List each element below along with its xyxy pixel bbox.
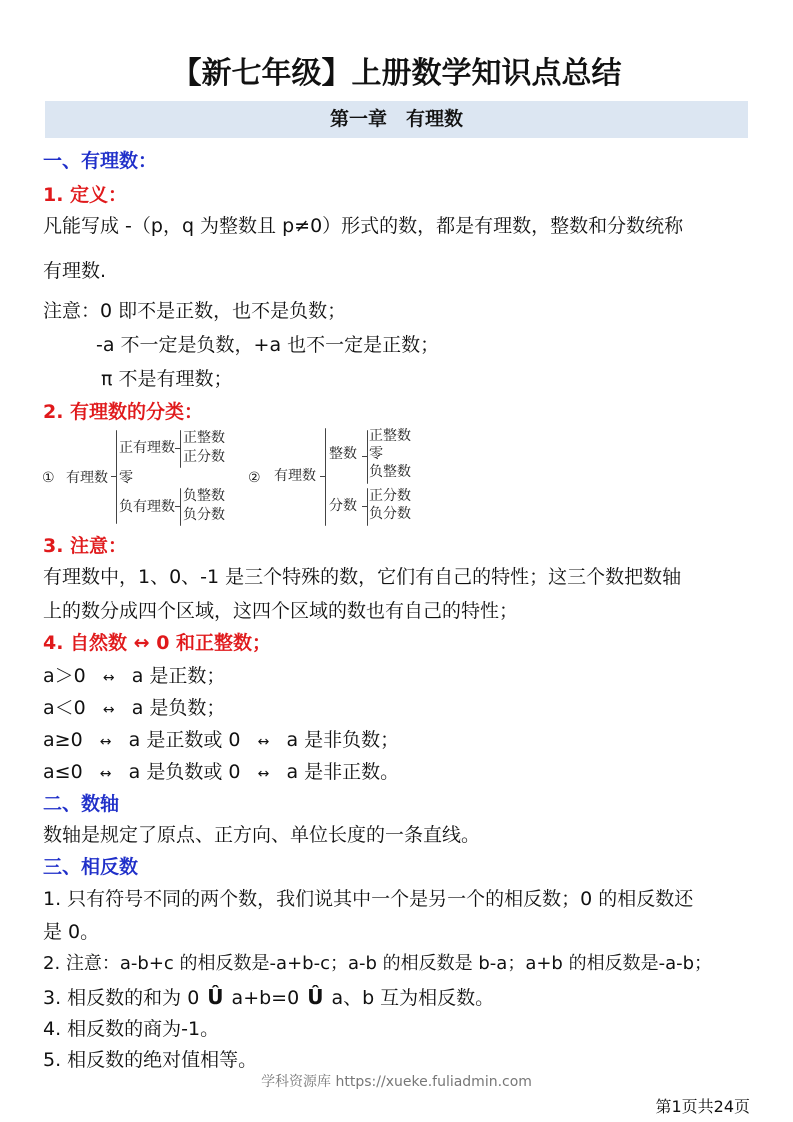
condition: a＜0 (43, 697, 86, 719)
meaning-2: a 是非正数。 (286, 761, 399, 783)
meaning: a 是负数； (132, 697, 226, 719)
classification-diagram-1: ① 有理数 正有理数 零 负有理数 正整数 正分数 负整数 负分数 (38, 428, 238, 528)
diagram-leaf: 负分数 (369, 506, 411, 523)
condition: a≥0 (43, 729, 83, 751)
number-line-text: 数轴是规定了原点、正方向、单位长度的一条直线。 (43, 824, 480, 847)
watermark-link[interactable]: 学科资源库 https://xueke.fuliadmin.com (0, 1071, 793, 1091)
note-line-1: 注意：0 即不是正数，也不是负数； (43, 300, 346, 323)
section-heading-opposites: 三、相反数 (43, 856, 138, 879)
classification-heading: 2. 有理数的分类： (43, 401, 203, 424)
double-arrow-icon: ↔ (83, 766, 129, 783)
section-heading-number-line: 二、数轴 (43, 793, 119, 816)
meaning: a 是负数或 0 (129, 761, 241, 783)
diagram-leaf: 正整数 (369, 428, 411, 445)
diagram-leaf: 负整数 (183, 488, 225, 505)
diagram-branch: 分数 (329, 498, 357, 515)
condition: a＞0 (43, 665, 86, 687)
chapter-banner: 第一章 有理数 (45, 101, 748, 138)
brace-icon (180, 430, 181, 468)
double-arrow-icon: ↔ (240, 734, 286, 751)
item3-text: 3. 相反数的和为 0 (43, 987, 199, 1009)
brace-icon (116, 430, 117, 524)
diagram-root: 有理数 (274, 468, 316, 485)
brace-icon (325, 428, 326, 526)
double-arrow-icon: ↔ (86, 702, 132, 719)
brace-icon (367, 430, 368, 484)
page-number: 第1页共24页 (655, 1094, 750, 1117)
condition-row: a＜0↔a 是负数； (43, 697, 225, 720)
diagram-leaf: 负分数 (183, 507, 225, 524)
definition-text-line2: 有理数. (43, 260, 106, 283)
double-arrow-icon: ↔ (83, 734, 129, 751)
condition: a≤0 (43, 761, 83, 783)
attention-text-line2: 上的数分成四个区域，这四个区域的数也有自己的特性； (43, 600, 518, 623)
condition-row: a≤0↔a 是负数或 0↔a 是非正数。 (43, 761, 399, 784)
meaning: a 是正数或 0 (129, 729, 241, 751)
opposites-item-2: 2. 注意：a-b+c 的相反数是-a+b-c；a-b 的相反数是 b-a；a+… (43, 953, 712, 975)
opposites-item-5: 5. 相反数的绝对值相等。 (43, 1049, 257, 1072)
definition-text-line1: 凡能写成 -（p，q 为整数且 p≠0）形式的数，都是有理数，整数和分数统称 (43, 215, 683, 238)
definition-heading: 1. 定义： (43, 184, 127, 207)
diagram-leaf: 零 (369, 446, 383, 463)
diagram-branch: 负有理数 (119, 499, 175, 516)
meaning-2: a 是非负数； (286, 729, 399, 751)
item3-conclusion: a、b 互为相反数。 (331, 987, 494, 1009)
diagram-marker: ② (248, 470, 261, 487)
classification-diagram-2: ② 有理数 整数 分数 正整数 零 负整数 正分数 负分数 (245, 426, 425, 528)
diagram-root: 有理数 (66, 470, 108, 487)
attention-text-line1: 有理数中，1、0、-1 是三个特殊的数，它们有自己的特性；这三个数把数轴 (43, 566, 681, 589)
brace-icon (180, 488, 181, 526)
opposites-item-4: 4. 相反数的商为-1。 (43, 1018, 219, 1041)
diagram-leaf: 正分数 (369, 488, 411, 505)
diagram-leaf: 正分数 (183, 449, 225, 466)
natural-numbers-heading: 4. 自然数 ↔ 0 和正整数； (43, 632, 271, 655)
condition-row: a＞0↔a 是正数； (43, 665, 225, 688)
equivalence-symbol: Û (199, 985, 231, 1009)
document-title: 【新七年级】上册数学知识点总结 (0, 48, 793, 92)
section-heading-rational: 一、有理数： (43, 150, 157, 173)
note-line-2: -a 不一定是负数，+a 也不一定是正数； (96, 334, 439, 357)
diagram-leaf: 正整数 (183, 430, 225, 447)
note-line-3: π 不是有理数； (101, 368, 232, 391)
attention-heading: 3. 注意： (43, 535, 127, 558)
opposites-item-1-line1: 1. 只有符号不同的两个数，我们说其中一个是另一个的相反数；0 的相反数还 (43, 888, 693, 911)
brace-icon (367, 488, 368, 526)
diagram-marker: ① (42, 470, 55, 487)
condition-row: a≥0↔a 是正数或 0↔a 是非负数； (43, 729, 399, 752)
equivalence-symbol: Û (299, 985, 331, 1009)
diagram-branch: 正有理数 (119, 440, 175, 457)
double-arrow-icon: ↔ (86, 670, 132, 687)
meaning: a 是正数； (132, 665, 226, 687)
opposites-item-1-line2: 是 0。 (43, 921, 99, 944)
diagram-branch: 零 (119, 470, 133, 487)
double-arrow-icon: ↔ (240, 766, 286, 783)
diagram-leaf: 负整数 (369, 464, 411, 481)
item3-equation: a+b=0 (232, 987, 300, 1009)
opposites-item-3: 3. 相反数的和为 0Ûa+b=0Ûa、b 互为相反数。 (43, 985, 494, 1010)
diagram-branch: 整数 (329, 446, 357, 463)
